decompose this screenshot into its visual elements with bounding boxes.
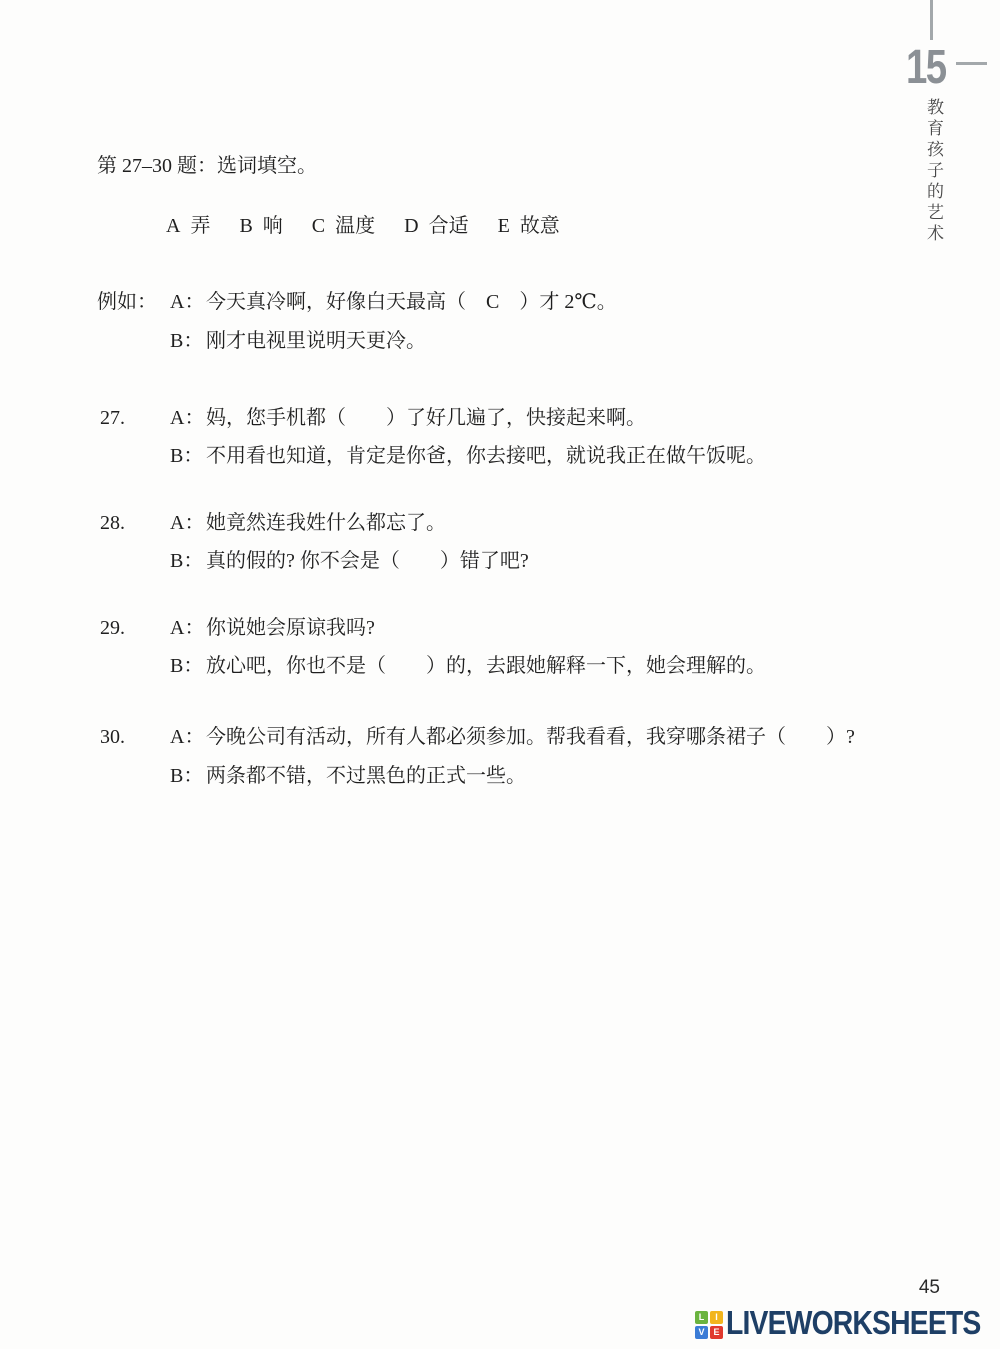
dialogue-text: 她竟然连我姓什么都忘了。 [206,512,446,534]
option-word: 弄 [190,215,210,237]
speaker-label: A： [170,510,206,536]
dialogue-text: 两条都不错，不过黑色的正式一些。 [206,765,526,787]
word-bank: A弄 B响 C温度 D合适 E故意 [166,213,560,239]
worksheet-page: 15 教育孩子的艺术 第 27–30 题：选词填空。 A弄 B响 C温度 D合适… [0,0,1000,1349]
option-word: 故意 [520,215,560,237]
dialogue-text: 你说她会原谅我吗? [206,617,375,639]
speaker-label: B： [170,763,206,789]
option-word: 温度 [335,215,375,237]
chapter-title-vertical: 教育孩子的艺术 [921,98,946,245]
question-27-line-a: A：妈，您手机都（ ）了好几遍了，快接起来啊。 [170,405,646,431]
speaker-label: B： [170,548,206,574]
word-option-b: B响 [239,213,282,239]
logo-square-e: E [710,1326,723,1339]
page-number: 45 [895,1277,940,1299]
liveworksheets-logo-icon: L I V E [695,1311,723,1339]
exercise-title: 第 27–30 题：选词填空。 [97,153,317,179]
speaker-label: A： [170,289,206,315]
option-letter: C [312,215,325,237]
option-letter: E [498,215,510,237]
question-29-line-a: A：你说她会原谅我吗? [170,615,375,641]
liveworksheets-logo: L I V E LIVEWORKSHEETS [695,1306,1000,1339]
speaker-label: A： [170,615,206,641]
question-number-27: 27. [100,405,125,431]
chapter-horizontal-rule [956,62,987,65]
word-option-d: D合适 [404,213,468,239]
logo-square-i: I [710,1311,723,1324]
speaker-label: B： [170,328,206,354]
question-number-28: 28. [100,510,125,536]
speaker-label: A： [170,724,206,750]
question-number-29: 29. [100,615,125,641]
question-28-line-b: B：真的假的? 你不会是（ ）错了吧? [170,548,529,574]
chapter-number: 15 [906,44,946,92]
option-word: 响 [263,215,283,237]
question-27-line-b: B：不用看也知道，肯定是你爸，你去接吧，就说我正在做午饭呢。 [170,443,766,469]
logo-square-v: V [695,1326,708,1339]
dialogue-text: 不用看也知道，肯定是你爸，你去接吧，就说我正在做午饭呢。 [206,445,766,467]
speaker-label: B： [170,653,206,679]
dialogue-text: 放心吧，你也不是（ ）的，去跟她解释一下，她会理解的。 [206,655,766,677]
question-30-line-b: B：两条都不错，不过黑色的正式一些。 [170,763,526,789]
option-word: 合适 [429,215,469,237]
dialogue-text: 妈，您手机都（ ）了好几遍了，快接起来啊。 [206,407,646,429]
top-vertical-rule [930,0,933,40]
dialogue-text: 今晚公司有活动，所有人都必须参加。帮我看看，我穿哪条裙子（ ）? [206,726,855,748]
question-28-line-a: A：她竟然连我姓什么都忘了。 [170,510,446,536]
word-option-c: C温度 [312,213,375,239]
example-line-a: A：今天真冷啊，好像白天最高（ C ）才 2℃。 [170,289,617,315]
word-option-a: A弄 [166,213,210,239]
question-29-line-b: B：放心吧，你也不是（ ）的，去跟她解释一下，她会理解的。 [170,653,766,679]
logo-square-l: L [695,1311,708,1324]
word-option-e: E故意 [498,213,560,239]
option-letter: D [404,215,418,237]
dialogue-text: 刚才电视里说明天更冷。 [206,330,426,352]
example-line-b: B：刚才电视里说明天更冷。 [170,328,426,354]
dialogue-text: 真的假的? 你不会是（ ）错了吧? [206,550,529,572]
speaker-label: A： [170,405,206,431]
dialogue-text: 今天真冷啊，好像白天最高（ C ）才 2℃。 [206,291,617,313]
option-letter: A [166,215,180,237]
question-30-line-a: A：今晚公司有活动，所有人都必须参加。帮我看看，我穿哪条裙子（ ）? [170,724,855,750]
option-letter: B [239,215,252,237]
speaker-label: B： [170,443,206,469]
liveworksheets-logo-text: LIVEWORKSHEETS [726,1306,980,1339]
example-label: 例如： [97,289,157,315]
question-number-30: 30. [100,724,125,750]
